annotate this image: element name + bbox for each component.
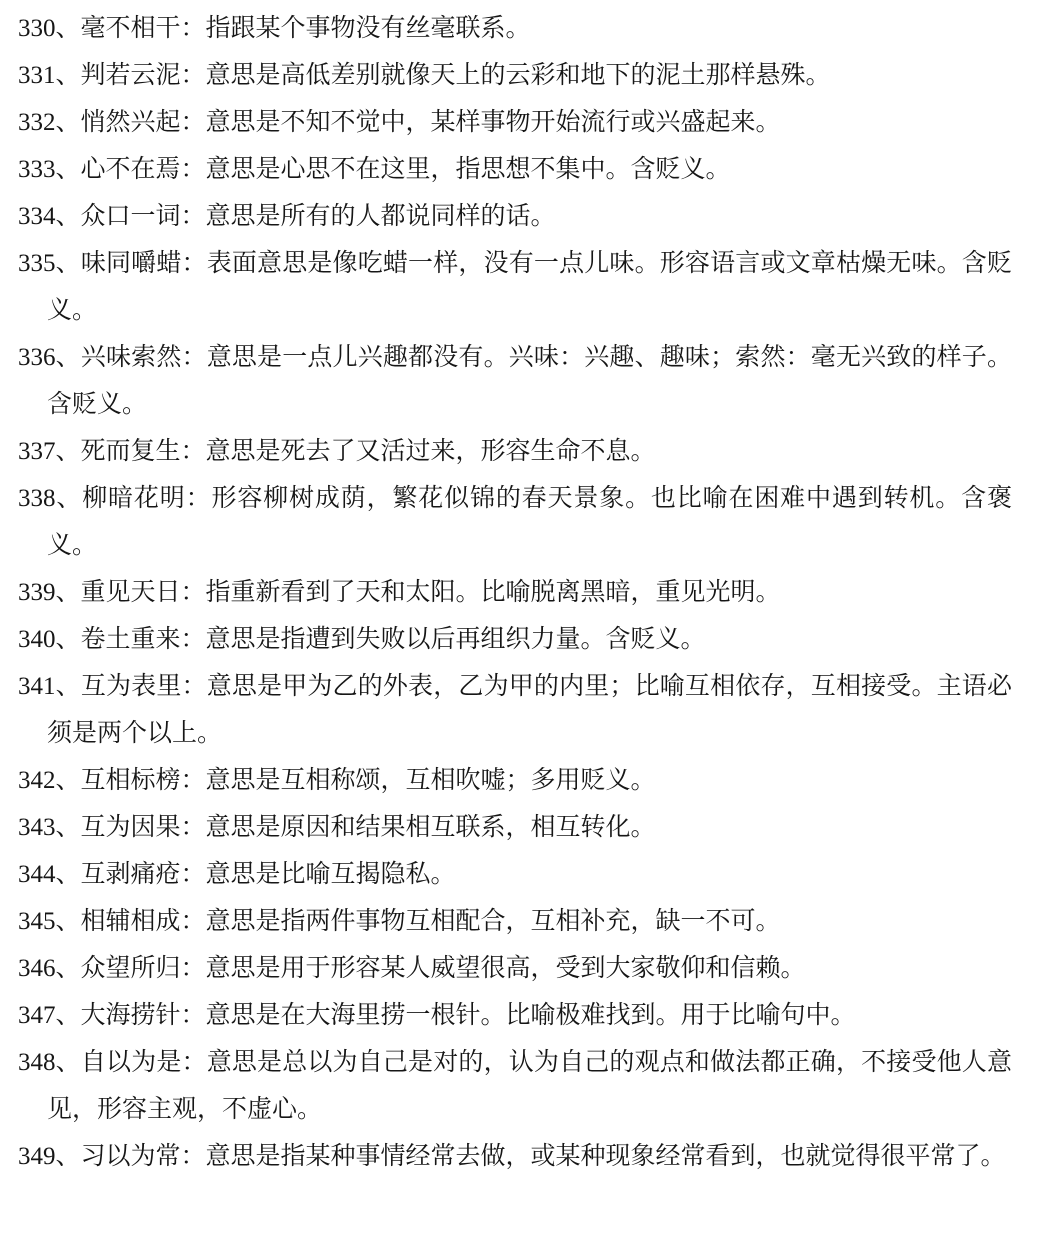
entry-number: 335、 [18,250,81,277]
entry-term: 死而复生： [81,438,206,465]
entry-definition: 指重新看到了天和太阳。比喻脱离黑暗，重见光明。 [206,579,781,606]
entry-number: 342、 [18,767,81,794]
idiom-entry: 332、悄然兴起：意思是不知不觉中，某样事物开始流行或兴盛起来。 [18,99,1012,146]
entry-number: 331、 [18,62,81,89]
entry-term: 自以为是： [81,1049,207,1076]
idiom-entry: 349、习以为常：意思是指某种事情经常去做，或某种现象经常看到，也就觉得很平常了… [18,1133,1012,1180]
entry-number: 346、 [18,955,81,982]
idiom-entry: 330、毫不相干：指跟某个事物没有丝毫联系。 [18,5,1012,52]
entry-number: 334、 [18,203,81,230]
entry-number: 340、 [18,626,81,653]
entry-term: 相辅相成： [81,908,206,935]
document-page: 330、毫不相干：指跟某个事物没有丝毫联系。 331、判若云泥：意思是高低差别就… [0,0,1046,1234]
entry-number: 330、 [18,15,81,42]
entry-term: 卷土重来： [81,626,206,653]
entry-number: 337、 [18,438,81,465]
idiom-entry: 340、卷土重来：意思是指遭到失败以后再组织力量。含贬义。 [18,616,1012,663]
entry-term: 习以为常： [81,1143,206,1170]
idiom-entry: 339、重见天日：指重新看到了天和太阳。比喻脱离黑暗，重见光明。 [18,569,1012,616]
entry-number: 348、 [18,1049,81,1076]
entry-term: 众望所归： [81,955,206,982]
entry-number: 336、 [18,344,81,371]
idiom-entry: 345、相辅相成：意思是指两件事物互相配合，互相补充，缺一不可。 [18,898,1012,945]
idiom-entry: 346、众望所归：意思是用于形容某人威望很高，受到大家敬仰和信赖。 [18,945,1012,992]
entry-term: 众口一词： [81,203,206,230]
entry-term: 悄然兴起： [81,109,206,136]
entry-definition: 意思是用于形容某人威望很高，受到大家敬仰和信赖。 [206,955,806,982]
entry-term: 味同嚼蜡： [81,250,207,277]
idiom-entry: 338、柳暗花明：形容柳树成荫，繁花似锦的春天景象。也比喻在困难中遇到转机。含褒… [18,475,1012,569]
entry-number: 349、 [18,1143,81,1170]
idiom-entry: 333、心不在焉：意思是心思不在这里，指思想不集中。含贬义。 [18,146,1012,193]
entry-number: 347、 [18,1002,81,1029]
entry-definition: 意思是高低差别就像天上的云彩和地下的泥土那样悬殊。 [206,62,831,89]
entry-definition: 意思是心思不在这里，指思想不集中。含贬义。 [206,156,731,183]
idiom-entry: 344、互剥痛疮：意思是比喻互揭隐私。 [18,851,1012,898]
entry-definition: 意思是在大海里捞一根针。比喻极难找到。用于比喻句中。 [206,1002,856,1029]
idiom-entry: 335、味同嚼蜡：表面意思是像吃蜡一样，没有一点儿味。形容语言或文章枯燥无味。含… [18,240,1012,334]
idiom-entry: 331、判若云泥：意思是高低差别就像天上的云彩和地下的泥土那样悬殊。 [18,52,1012,99]
entry-number: 332、 [18,109,81,136]
entry-term: 互剥痛疮： [81,861,206,888]
entry-term: 判若云泥： [81,62,206,89]
idiom-entry: 334、众口一词：意思是所有的人都说同样的话。 [18,193,1012,240]
idiom-entry: 337、死而复生：意思是死去了又活过来，形容生命不息。 [18,428,1012,475]
idiom-entry: 347、大海捞针：意思是在大海里捞一根针。比喻极难找到。用于比喻句中。 [18,992,1012,1039]
entry-number: 338、 [18,485,82,512]
idiom-entry: 342、互相标榜：意思是互相称颂，互相吹嘘；多用贬义。 [18,757,1012,804]
entry-term: 互相标榜： [81,767,206,794]
entry-term: 毫不相干： [81,15,206,42]
idiom-definition-list: 330、毫不相干：指跟某个事物没有丝毫联系。 331、判若云泥：意思是高低差别就… [18,5,1012,1180]
entry-term: 柳暗花明： [82,485,211,512]
entry-number: 333、 [18,156,81,183]
entry-term: 兴味索然： [81,344,207,371]
entry-definition: 意思是互相称颂，互相吹嘘；多用贬义。 [206,767,656,794]
entry-term: 互为因果： [81,814,206,841]
entry-definition: 意思是死去了又活过来，形容生命不息。 [206,438,656,465]
entry-definition: 意思是所有的人都说同样的话。 [206,203,556,230]
idiom-entry: 336、兴味索然：意思是一点儿兴趣都没有。兴味：兴趣、趣味；索然：毫无兴致的样子… [18,334,1012,428]
entry-term: 大海捞针： [81,1002,206,1029]
entry-term: 重见天日： [81,579,206,606]
entry-term: 心不在焉： [81,156,206,183]
idiom-entry: 341、互为表里：意思是甲为乙的外表，乙为甲的内里；比喻互相依存，互相接受。主语… [18,663,1012,757]
entry-number: 339、 [18,579,81,606]
entry-number: 341、 [18,673,81,700]
entry-definition: 指跟某个事物没有丝毫联系。 [206,15,531,42]
entry-definition: 意思是比喻互揭隐私。 [206,861,456,888]
entry-definition: 意思是原因和结果相互联系，相互转化。 [206,814,656,841]
entry-definition: 意思是指两件事物互相配合，互相补充，缺一不可。 [206,908,781,935]
entry-number: 345、 [18,908,81,935]
entry-definition: 意思是指某种事情经常去做，或某种现象经常看到，也就觉得很平常了。 [206,1143,1006,1170]
entry-definition: 意思是指遭到失败以后再组织力量。含贬义。 [206,626,706,653]
entry-number: 343、 [18,814,81,841]
entry-term: 互为表里： [81,673,207,700]
entry-number: 344、 [18,861,81,888]
idiom-entry: 348、自以为是：意思是总以为自己是对的，认为自己的观点和做法都正确，不接受他人… [18,1039,1012,1133]
entry-definition: 意思是不知不觉中，某样事物开始流行或兴盛起来。 [206,109,781,136]
idiom-entry: 343、互为因果：意思是原因和结果相互联系，相互转化。 [18,804,1012,851]
